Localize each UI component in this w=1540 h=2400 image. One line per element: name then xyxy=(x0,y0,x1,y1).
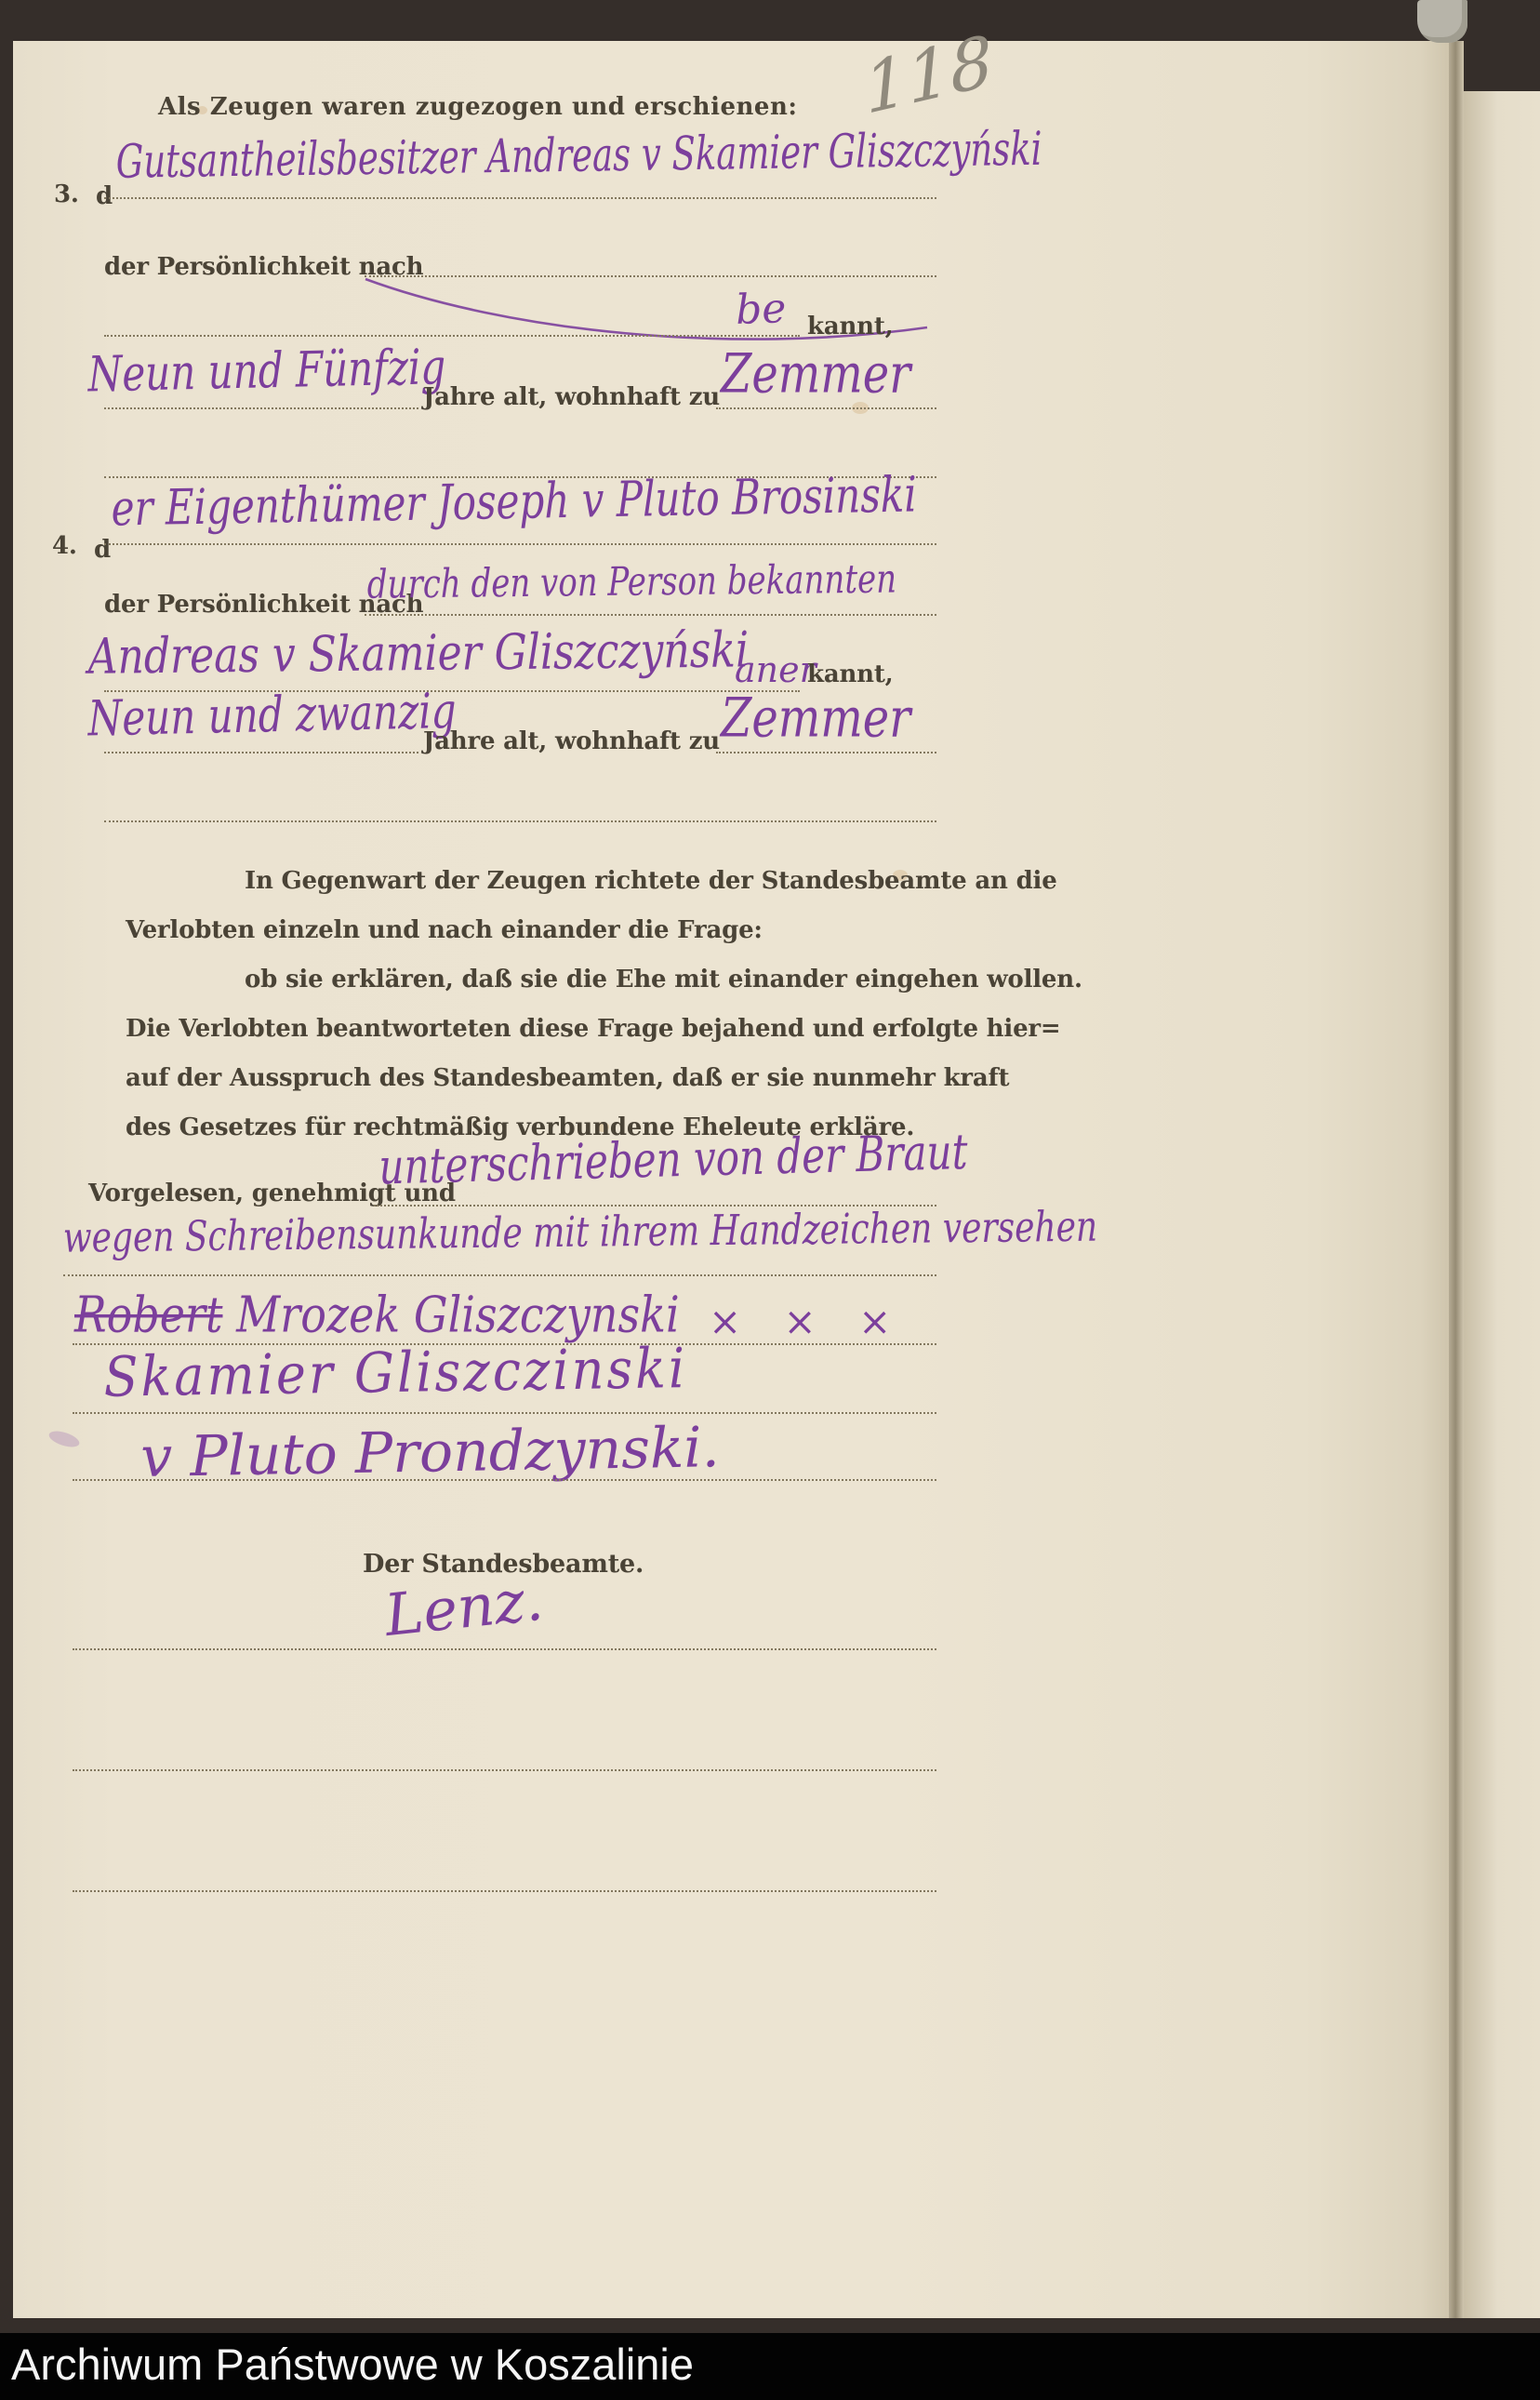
binding-thread xyxy=(1417,0,1467,43)
dotted-line xyxy=(73,1479,936,1481)
witness4-age-label: Jahre alt, wohnhaft zu xyxy=(423,727,720,755)
adjacent-page-edge xyxy=(1464,91,1540,2318)
dotted-line xyxy=(104,820,936,822)
witness4-residence-handwritten: Zemmer xyxy=(721,687,910,750)
dotted-line xyxy=(63,1274,936,1276)
scanned-registry-page: 118 Als Zeugen waren zugezogen und ersch… xyxy=(0,0,1540,2400)
witness4-kannt-label: kannt, xyxy=(807,660,894,688)
witness3-recognition-handwritten: be xyxy=(735,285,787,334)
dotted-line xyxy=(104,543,936,545)
page-fold-crease xyxy=(1449,41,1464,2318)
witness3-number: 3. xyxy=(54,180,79,208)
declaration-line: auf der Ausspruch des Standesbeamten, da… xyxy=(126,1064,1009,1092)
signature-witness-gliszczinski: Skamier Gliszczinski xyxy=(103,1336,687,1409)
declaration-line: In Gegenwart der Zeugen richtete der Sta… xyxy=(126,867,1057,895)
signature-bride: Robert Mrozek Gliszczynski xyxy=(74,1286,680,1343)
archive-name-label: Archiwum Państwowe w Koszalinie xyxy=(11,2339,694,2390)
declaration-line: Die Verlobten beantworteten diese Frage … xyxy=(126,1015,1061,1043)
witness3-age-label: Jahre alt, wohnhaft zu xyxy=(423,383,720,411)
signature-bride-struck-word: Robert xyxy=(74,1286,222,1343)
witness4-number: 4. xyxy=(52,532,77,560)
dotted-line xyxy=(104,197,936,199)
witness3-age-handwritten: Neun und Fünfzig xyxy=(87,338,445,403)
witness3-residence-handwritten: Zemmer xyxy=(721,343,910,406)
bride-handzeichen-marks: × × × xyxy=(709,1299,906,1344)
dotted-line xyxy=(104,752,418,753)
dotted-line xyxy=(365,614,936,616)
witness4-age-handwritten: Neun und zwanzig xyxy=(87,682,457,747)
signature-bride-rest: Mrozek Gliszczynski xyxy=(236,1286,680,1343)
dotted-line xyxy=(73,1890,936,1892)
witness3-printed-d: d xyxy=(96,182,113,210)
dotted-line xyxy=(104,335,800,337)
witness4-recognition-handwritten: aner xyxy=(735,649,816,690)
declaration-line: ob sie erklären, daß sie die Ehe mit ein… xyxy=(126,966,1082,993)
witness4-recognition-line2-handwritten: Andreas v Skamier Gliszczyński xyxy=(88,621,750,686)
witness4-recognition-line1-handwritten: durch den von Person bekannten xyxy=(367,556,897,608)
dotted-line xyxy=(73,1769,936,1771)
witnesses-header: Als Zeugen waren zugezogen und erschiene… xyxy=(158,93,797,121)
dotted-line xyxy=(716,407,936,409)
witness4-printed-d: d xyxy=(94,536,111,564)
dotted-line xyxy=(73,1648,936,1650)
dotted-line xyxy=(73,1412,936,1414)
dotted-line xyxy=(104,407,418,409)
dotted-line xyxy=(716,752,936,753)
witness3-kannt-label: kannt, xyxy=(807,313,894,340)
declaration-line: Verlobten einzeln und nach einander die … xyxy=(126,916,763,944)
